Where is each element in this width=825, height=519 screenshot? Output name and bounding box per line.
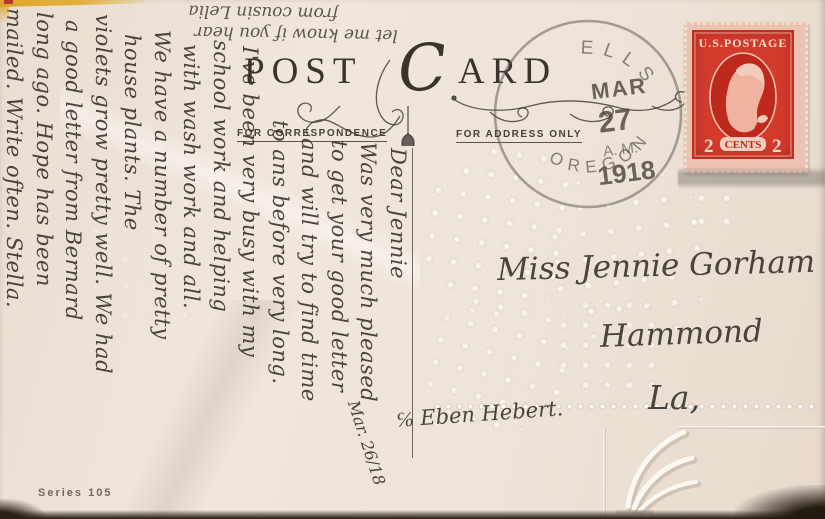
stamp-denomination-right: 2 [772,136,782,157]
message-line: and will try to find time [294,0,324,519]
embossed-fan-ornament [612,420,722,516]
postmark-day: 27 [597,103,634,140]
message-line: mailed. Write often. Stella. [0,0,29,519]
postage-stamp: U.S.POSTAGE 2 2 CENTS [684,22,808,173]
embossed-line-vertical [603,428,606,519]
stamp-top-text: U.S.POSTAGE [699,36,788,50]
stamp-cents-text: CENTS [725,139,762,151]
stamp-printed-panel: U.S.POSTAGE 2 2 CENTS [692,30,794,159]
address-name: Miss Jennie Gorham [497,244,816,288]
scan-edge-bottom [0,510,825,519]
scan-corner-bottom-right [735,485,825,519]
postmark: ELLS OREGON MAR 27 A. M. 1918 [488,8,688,220]
message-line: to get your good letter [324,0,354,519]
postcard-scan: POST C ARD FOR CORRESPONDENCE FOR ADDRES… [0,0,825,519]
address-state: La, [648,378,700,417]
message-line: I've been very busy with my [235,0,265,519]
message-line: long ago. Hope has been [29,0,59,519]
scan-corner-bottom-left [0,499,46,519]
message-line: house plants. The [117,0,147,519]
message-line: a good letter from Bernard [58,0,88,519]
cancellation-smudge [678,167,825,189]
handwritten-message: Dear Jennie Was very much pleased to get… [0,0,412,519]
message-line: school work and helping [206,0,236,519]
series-imprint: Series 105 [38,487,112,499]
postmark-month: MAR [590,73,649,105]
message-line: We have a number of pretty [147,0,177,519]
card-front-red-fleck [4,0,13,4]
upside-down-note: let me know if you hear from cousin Leli… [8,0,399,45]
address-city: Hammond [599,313,763,355]
message-line: to ans before very long. [265,0,295,519]
message-line: Dear Jennie [383,0,413,519]
message-line: violets grow pretty well. We had [88,0,118,519]
stamp-artwork: U.S.POSTAGE 2 2 CENTS [692,30,794,159]
embossed-flower-cluster [693,190,735,238]
stamp-denomination-left: 2 [704,136,714,157]
message-line: with wash work and all. [176,0,206,519]
